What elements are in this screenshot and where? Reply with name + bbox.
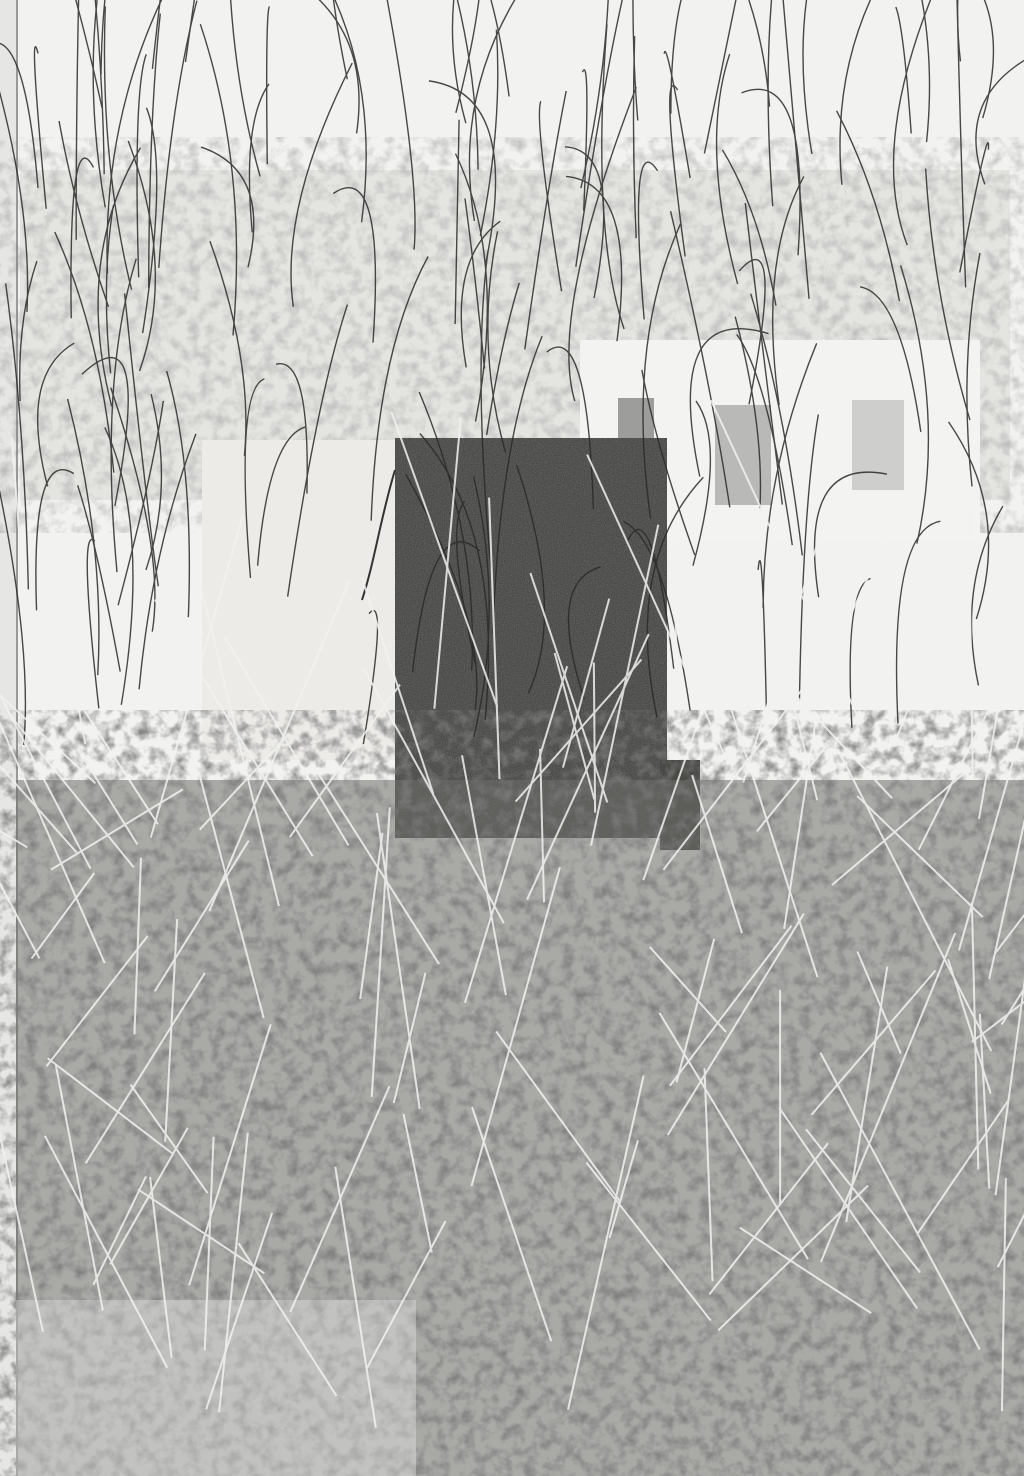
scene (0, 0, 1024, 1476)
photograph (0, 0, 1024, 1476)
ground-brush (16, 780, 1024, 1476)
